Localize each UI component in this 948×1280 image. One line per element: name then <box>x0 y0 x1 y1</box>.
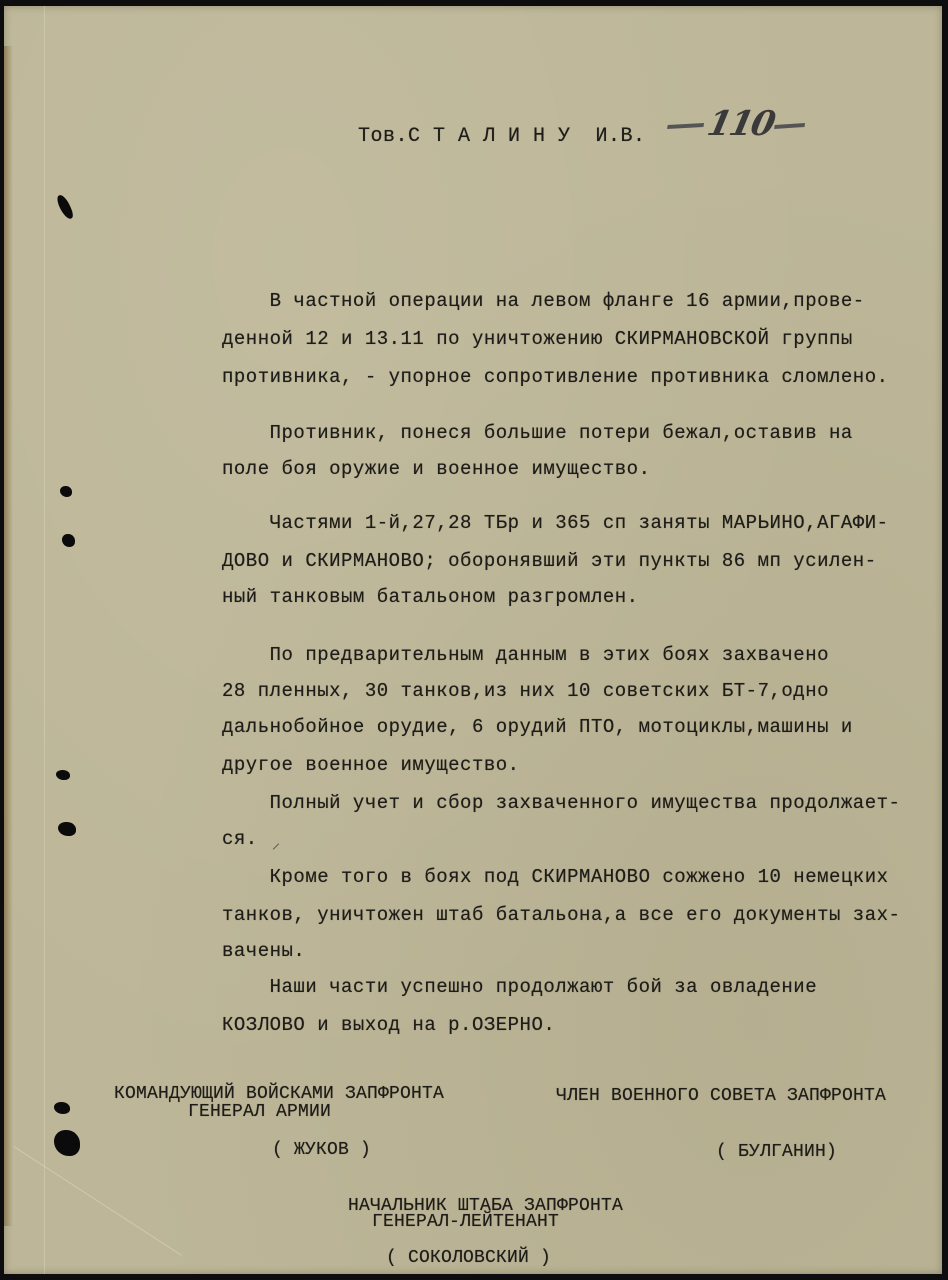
chief-of-staff-name: ( СОКОЛОВСКИЙ ) <box>386 1248 551 1268</box>
paragraph-6-line-2: танков, уничтожен штаб батальона,а все е… <box>222 904 900 926</box>
addressee-line: Тов.С Т А Л И Н У И.В. <box>358 125 646 148</box>
paragraph-1-line-1: В частной операции на левом фланге 16 ар… <box>222 290 865 312</box>
commander-title: КОМАНДУЮЩИЙ ВОЙСКАМИ ЗАПФРОНТА <box>114 1084 444 1104</box>
punch-hole <box>62 534 75 547</box>
paragraph-3-line-3: ный танковым батальоном разгромлен. <box>222 586 639 608</box>
paper-crease <box>13 1146 181 1256</box>
punch-hole <box>54 1102 70 1114</box>
pencil-dash <box>774 123 805 129</box>
paragraph-4-line-3: дальнобойное орудие, 6 орудий ПТО, мотоц… <box>222 716 853 738</box>
page-number-text: 110 <box>704 104 777 144</box>
paragraph-6-line-3: вачены. <box>222 940 305 962</box>
paragraph-4-line-2: 28 пленных, 30 танков,из них 10 советски… <box>222 680 829 702</box>
paragraph-5-line-2: ся. <box>222 828 258 850</box>
paragraph-7-line-1: Наши части успешно продолжают бой за овл… <box>222 976 817 998</box>
commander-name: ( ЖУКОВ ) <box>272 1140 371 1160</box>
punch-hole <box>60 486 72 497</box>
paragraph-5-line-1: Полный учет и сбор захваченного имуществ… <box>222 792 900 814</box>
paragraph-1-line-2: денной 12 и 13.11 по уничтожению СКИРМАН… <box>222 328 853 350</box>
punch-hole <box>55 193 75 221</box>
fold-line <box>44 6 45 1274</box>
punch-hole <box>58 822 76 836</box>
paragraph-3-line-1: Частями 1-й,27,28 ТБр и 365 сп заняты МА… <box>222 512 889 534</box>
council-member-title: ЧЛЕН ВОЕННОГО СОВЕТА ЗАПФРОНТА <box>556 1086 886 1106</box>
council-member-name: ( БУЛГАНИН) <box>716 1142 837 1162</box>
chief-of-staff-rank: ГЕНЕРАЛ-ЛЕЙТЕНАНТ <box>372 1212 559 1232</box>
pencil-dash <box>667 123 704 129</box>
commander-rank: ГЕНЕРАЛ АРМИИ <box>188 1102 331 1122</box>
paragraph-3-line-2: ДОВО и СКИРМАНОВО; оборонявший эти пункт… <box>222 550 877 572</box>
paragraph-2-line-1: Противник, понеся большие потери бежал,о… <box>222 422 853 444</box>
paragraph-4-line-1: По предварительным данным в этих боях за… <box>222 644 829 666</box>
paragraph-6-line-1: Кроме того в боях под СКИРМАНОВО сожжено… <box>222 866 889 888</box>
paragraph-2-line-2: поле боя оружие и военное имущество. <box>222 458 650 480</box>
paragraph-7-line-2: КОЗЛОВО и выход на р.ОЗЕРНО. <box>222 1014 555 1036</box>
punch-hole <box>54 1130 80 1156</box>
paragraph-4-line-4: другое военное имущество. <box>222 754 520 776</box>
pencil-mark <box>273 843 279 849</box>
handwritten-page-number: 110 <box>664 104 809 144</box>
paragraph-1-line-3: противника, - упорное сопротивление прот… <box>222 366 889 388</box>
edge-stain <box>4 46 13 1226</box>
punch-hole <box>56 770 70 780</box>
